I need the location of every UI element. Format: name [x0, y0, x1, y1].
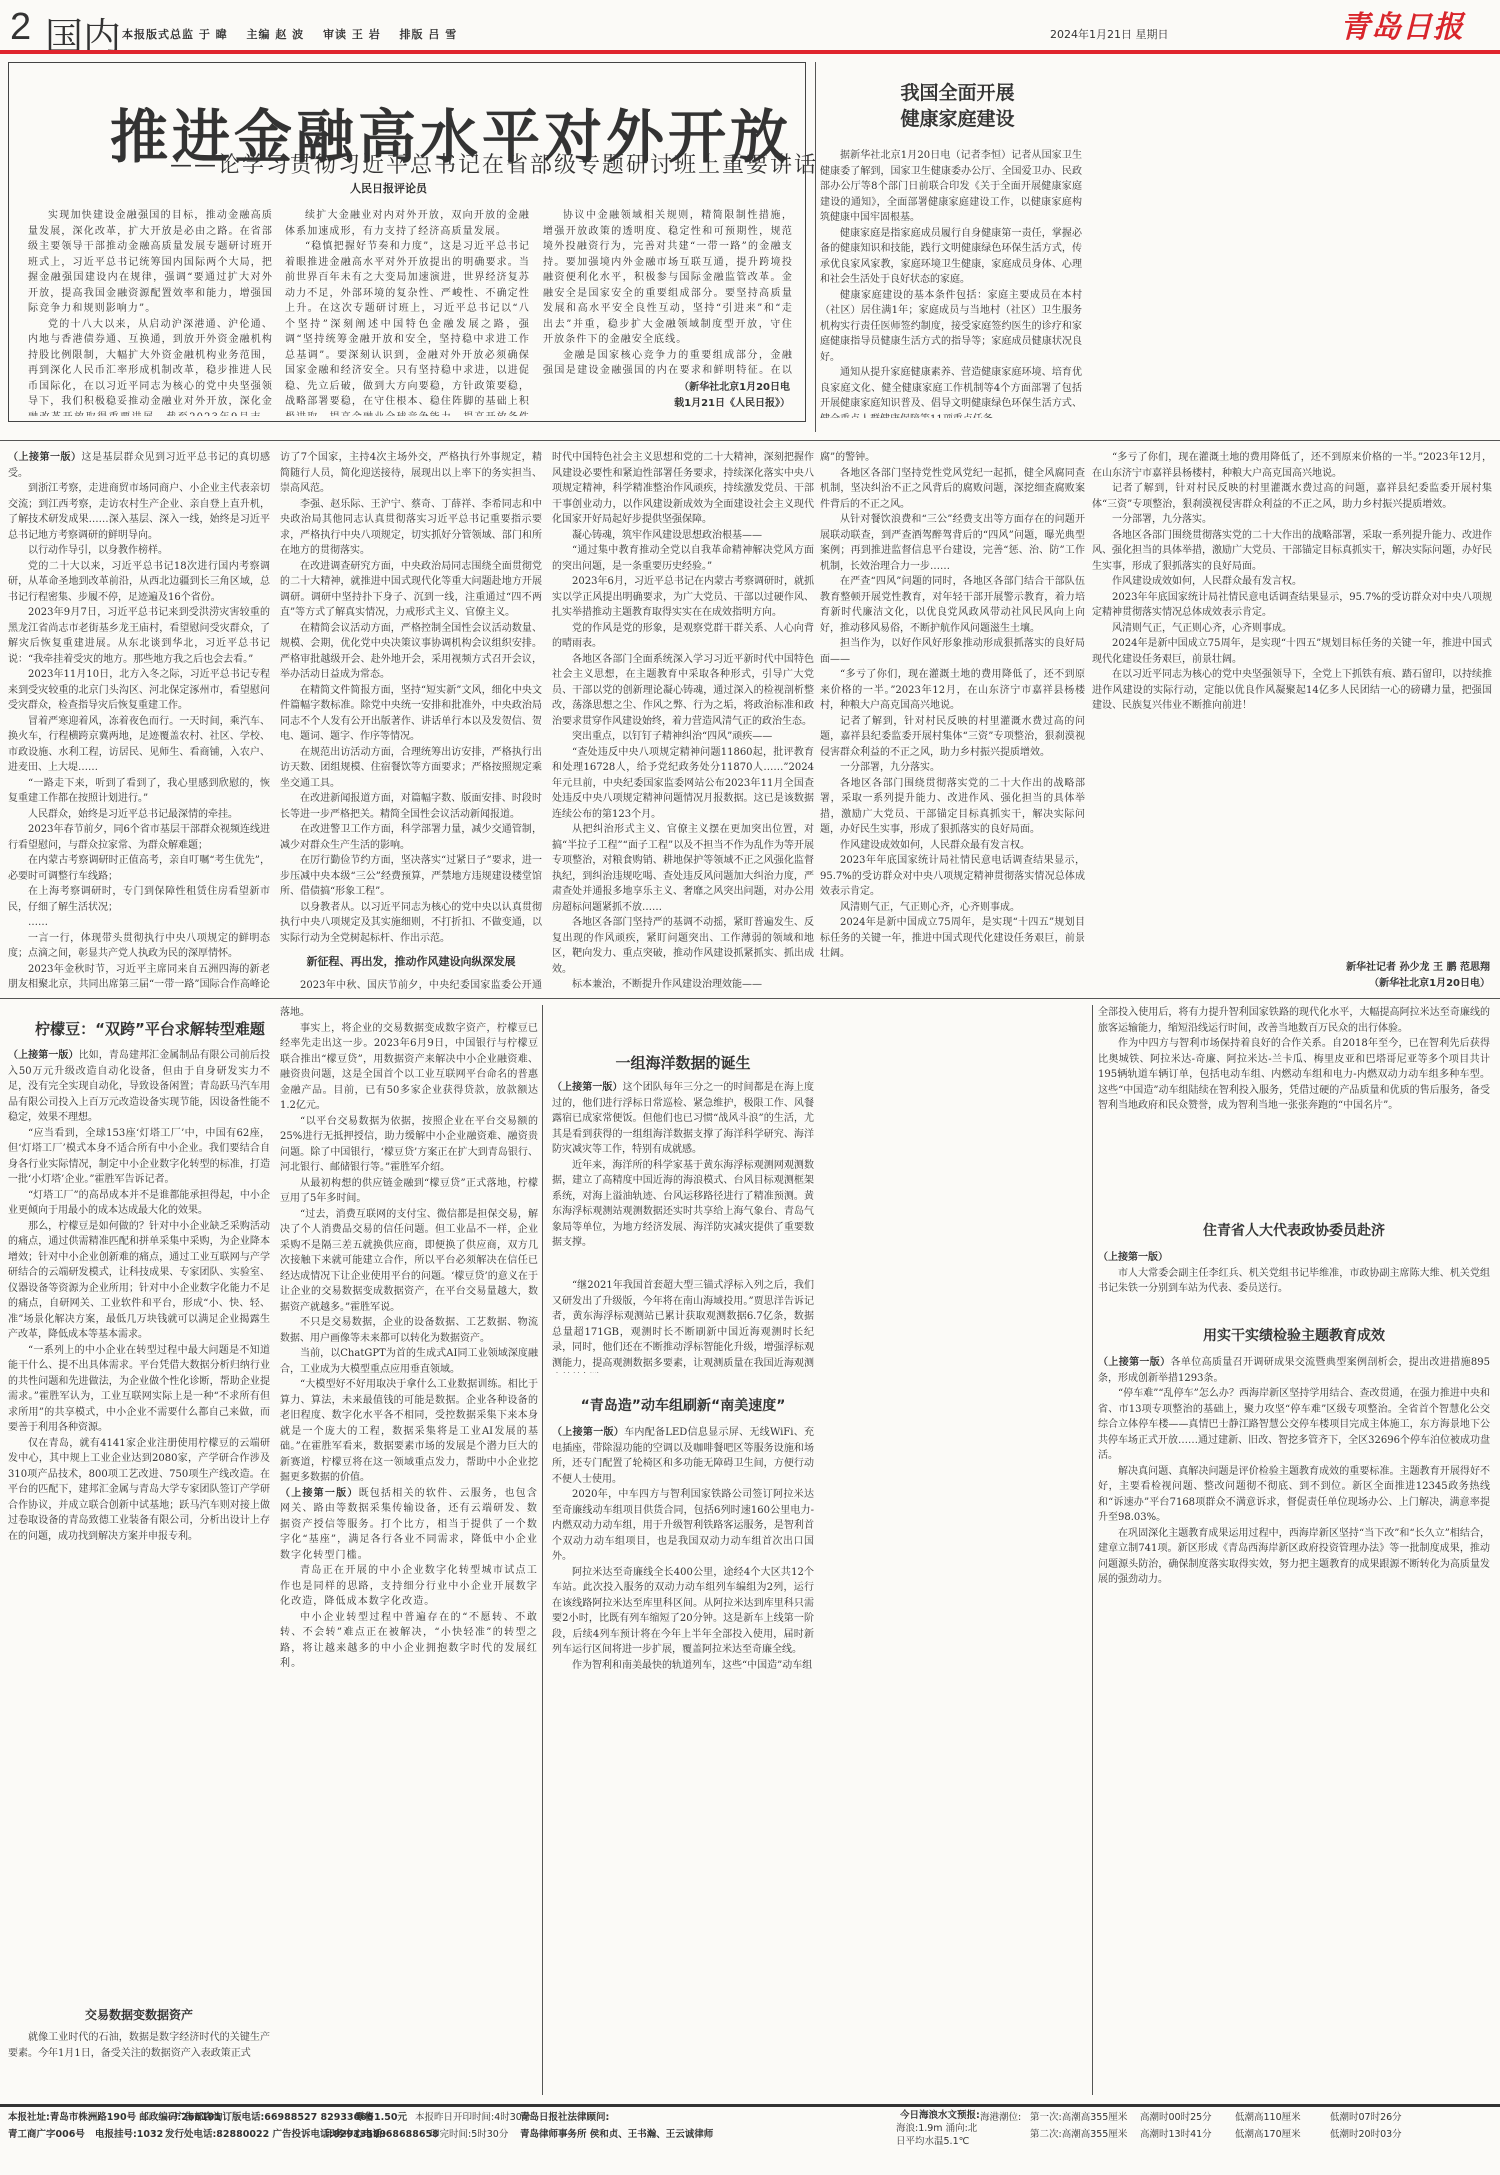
page-footer: 本报社址:青岛市株洲路190号 邮政编码:266101 广告部咨询订版电话:66…: [0, 2104, 1500, 2175]
paragraph: 实现加快建设金融强国的目标，推动金融高质量发展，深化改革，扩大开放是必由之路。在…: [28, 208, 273, 317]
paragraph: “多亏了你们，现在灌溉土地的费用降低了，还不到原来价格的一半。”2023年12月…: [1092, 450, 1492, 481]
paragraph: 在巩固深化主题教育成果运用过程中，西海岸新区坚持“当下改”和“长久立”相结合，建…: [1098, 1526, 1490, 1588]
paragraph: 到浙江考察，走进商贸市场同商户、小企业主代表亲切交流；到江西考察，走访农村生产企…: [8, 481, 270, 543]
lead-column-2: 续扩大金融业对内对外开放，双向开放的金融体系加速成形，有力支持了经济高质量发展。…: [285, 208, 530, 416]
emu-train-body: （上接第一版）车内配备LED信息显示屏、无线WiFi、充电插座，带除湿功能的空调…: [552, 1425, 814, 2095]
tide-label: 海港潮位:: [980, 2110, 1021, 2126]
paragraph: 在规范出访活动方面，合理统筹出访安排，严格执行出访天数、团组规模、住宿餐饮等方面…: [280, 745, 542, 792]
paragraph: 各地区各部门围绕贯彻落实党的二十大作出的战略部署，采取一系列提升能力、改进作风、…: [1092, 528, 1492, 575]
paragraph: 2024年是新中国成立75周年，是实现“十四五”规划目标任务的关键一年，推进中国…: [820, 915, 1085, 960]
conduct-column-1: （上接第一版）这是基层群众见到习近平总书记的真切感受。 到浙江考察，走进商贸市场…: [8, 450, 270, 992]
paragraph: 在改进调查研究方面，中央政治局同志围绕全面贯彻党的二十大精神，就推进中国式现代化…: [280, 559, 542, 621]
tide-second-low: 低潮高170厘米: [1235, 2127, 1301, 2143]
paragraph: 2023年11月10日，北方入冬之际，习近平总书记专程来到受灾较重的北京门头沟区…: [8, 667, 270, 714]
paragraph: 健康家庭建设的基本条件包括：家庭主要成员在本村（社区）居住满1年；家庭成员与当地…: [820, 288, 1082, 366]
paragraph: 事实上，将企业的交易数据变成数字资产，柠檬豆已经率先走出这一步。2023年6月9…: [280, 1021, 538, 1114]
section-divider: [0, 440, 1500, 441]
ocean-data-column-2: “继2021年我国首套超大型三锚式浮标入列之后，我们又研发出了升级版，今年将在南…: [552, 1278, 814, 1373]
paragraph: 党的作风是党的形象，是观察党群干群关系、人心向背的晴雨表。: [552, 621, 814, 652]
newspaper-logo: 青岛日报: [1340, 2, 1464, 46]
paragraph: 协议中金融领域相关规则，精简限制性措施，增强开放政策的透明度、稳定性和可预期性，…: [543, 208, 793, 348]
conduct-column-2: 访了7个国家，主持4次主场外交，严格执行外事规定，精简随行人员，简化迎送接待，展…: [280, 450, 542, 992]
paragraph: 风清则气正，气正则心齐，心齐则事成。: [1092, 621, 1492, 637]
lead-subheadline: ——论学习贯彻习近平总书记在省部级专题研讨班上重要讲话: [170, 148, 818, 179]
footer-printing-phone: 印务中心电话:68688658: [325, 2127, 439, 2143]
continued-from-label: （上接第一版）: [8, 1050, 79, 1061]
paragraph: 2024年是新中国成立75周年，是实现“十四五”规划目标任务的关键一年，推进中国…: [1092, 636, 1492, 667]
paragraph: “稳慎把握好节奏和力度”，这是习近平总书记着眼推进金融高水平对外开放提出的明确要…: [285, 239, 530, 416]
paragraph: 各地区各部门坚持严的基调不动摇，紧盯普遍发生、反复出现的作风顽疾，紧盯问题突出、…: [552, 915, 814, 977]
paragraph: 作风建设成效如何，人民群众最有发言权。: [1092, 574, 1492, 590]
footer-ad-phone: 广告部咨询订版电话:66988527 82933666: [175, 2110, 373, 2126]
paragraph: 在以习近平同志为核心的党中央坚强领导下，全党上下抓铁有痕、踏石留印，以持续推进作…: [1092, 667, 1492, 714]
paragraph: 落地。: [280, 1005, 538, 1021]
paragraph: 风清则气正，气正则心齐，心齐则事成。: [820, 900, 1085, 916]
paragraph: 续扩大金融业对内对外开放，双向开放的金融体系加速成形，有力支持了经济高质量发展。: [285, 208, 530, 239]
paragraph: 记者了解到，针对村民反映的村里灌溉水费过高的问题，嘉祥县纪委监委开展村集体“三资…: [1092, 481, 1492, 512]
paragraph: 各地区各部门全面系统深入学习习近平新时代中国特色社会主义思想，在主题教育中采取各…: [552, 652, 814, 730]
paragraph: 突出重点，以钉钉子精神纠治“四风”顽疾——: [552, 729, 814, 745]
paragraph: 2023年金秋时节，习近平主席同来自五洲四海的新老朋友相聚北京，共同出席第三届“…: [8, 962, 270, 993]
paragraph: 2020年，中车四方与智利国家铁路公司签订阿拉米达至奇廉线动车组项目供货合同，包…: [552, 1487, 814, 1565]
paragraph: 在精简文件简报方面，坚持“短实新”文风，细化中央文件篇幅字数标准。除党中央统一安…: [280, 683, 542, 745]
credit-layout: 排版 吕 雪: [400, 28, 458, 41]
lemon-bean-column-2: 落地。 事实上，将企业的交易数据变成数字资产，柠檬豆已经率先走出这一步。2023…: [280, 1005, 538, 2095]
paragraph: 在内蒙古考察调研时正值高考，亲自叮嘱“考生优先”，必要时可调整行车线路；: [8, 853, 270, 884]
footer-telegraph: 电报挂号:1032: [95, 2127, 163, 2143]
paragraph: 访了7个国家，主持4次主场外交，严格执行外事规定，精简随行人员，简化迎送接待，展…: [280, 450, 542, 497]
paragraph: 2023年春节前夕，同6个省市基层干部群众视频连线进行看望慰问，与群众拉家常、为…: [8, 822, 270, 853]
footer-print-end: 印完时间:5时30分: [430, 2127, 508, 2143]
paragraph: 人民群众，始终是习近平总书记最深情的牵挂。: [8, 807, 270, 823]
paragraph: 李强、赵乐际、王沪宁、蔡奇、丁薛祥、李希同志和中央政治局其他同志认真贯彻落实习近…: [280, 497, 542, 559]
delegates-headline: 住青省人大代表政协委员赴济: [1098, 1220, 1490, 1240]
health-family-body: 据新华社北京1月20日电（记者李恒）记者从国家卫生健康委了解到，国家卫生健康委办…: [820, 148, 1082, 418]
paragraph: “多亏了你们，现在灌溉土地的费用降低了，还不到原来价格的一半。”2023年12月…: [820, 667, 1085, 714]
paragraph: 在上海考察调研时，专门到保障性租赁住房看望新市民，仔细了解生活状况；: [8, 884, 270, 915]
column-rule: [1092, 1005, 1093, 2095]
education-headline: 用实干实绩检验主题教育成效: [1098, 1325, 1490, 1345]
paragraph: 一言一行，体现带头贯彻执行中央八项规定的鲜明态度；点滴之间，彰显共产党人执政为民…: [8, 931, 270, 962]
paragraph: ……: [8, 915, 270, 931]
health-family-headline: 我国全面开展 健康家庭建设: [835, 80, 1080, 132]
paragraph: 一分部署，九分落实。: [1092, 512, 1492, 528]
paragraph: 据新华社北京1月20日电（记者李恒）记者从国家卫生健康委了解到，国家卫生健康委办…: [820, 148, 1082, 226]
credit-director: 本报版式总监 于 暐: [122, 28, 228, 41]
masthead: 2 国内 本报版式总监 于 暐 主编 赵 波 审读 王 岩 排版 吕 雪 202…: [0, 0, 1500, 58]
lead-column-3: 协议中金融领域相关规则，精简限制性措施，增强开放政策的透明度、稳定性和可预期性，…: [543, 208, 793, 378]
conduct-signoff: 新华社记者 孙少龙 王 鹏 范思翔 （新华社北京1月20日电）: [1090, 960, 1490, 994]
continued-from-label: （上接第一版）: [1098, 1357, 1171, 1368]
conduct-column-4: 腐”的警钟。 各地区各部门坚持党性党风党纪一起抓，健全风腐同查机制，坚决纠治不正…: [820, 450, 1085, 960]
footer-price: 零售1.50元: [355, 2110, 407, 2126]
paragraph: 那么，柠檬豆是如何做的？针对中小企业缺乏采购活动的痛点，通过供需精准匹配和拼单采…: [8, 1219, 270, 1343]
paragraph: “继2021年我国首套超大型三锚式浮标入列之后，我们又研发出了升级版，今年将在南…: [552, 1278, 814, 1373]
paragraph: 不只是交易数据，企业的设备数据、工艺数据、物流数据、用户画像等未来都可以转化为数…: [280, 1315, 538, 1346]
paragraph: 就像工业时代的石油，数据是数字经济时代的关键生产要素。今年1月1日，备受关注的数…: [8, 2030, 270, 2061]
paragraph: 各地区各部门坚持党性党风党纪一起抓，健全风腐同查机制，坚决纠治不正之风背后的腐败…: [820, 466, 1085, 513]
paragraph: “灯塔工厂”的高昂成本并不是谁都能承担得起，中小企业更倾向于用最小的成本达成最大…: [8, 1188, 270, 1219]
paragraph: 党的十八大以来，从启动沪深港通、沪伦通、内地与香港债券通、互换通，到放开外资金融…: [28, 317, 273, 417]
paragraph: 2023年6月，习近平总书记在内蒙古考察调研时，就抓实以学正风提出明确要求，为广…: [552, 574, 814, 621]
sea-water-temp: 日平均水温5.1℃: [896, 2134, 969, 2150]
tide-first-high: 第一次:高潮高355厘米: [1030, 2110, 1127, 2126]
paragraph: “过去，消费互联网的支付宝、微信都是担保交易，解决了个人消费品交易的信任问题。但…: [280, 1207, 538, 1316]
paragraph: 从针对餐饮浪费和“三公”经费支出等方面存在的问题开展联动联查，到严查酒驾醉驾背后…: [820, 512, 1085, 574]
continued-from-label: （上接第一版）: [1098, 1252, 1168, 1263]
paragraph: 作为智利和南美最快的轨道列车，这些“中国造”动车组: [552, 1658, 814, 1674]
paragraph: 解决真问题、真解决问题是评价检验主题教育成效的重要标准。主题教育开展得好不好，主…: [1098, 1464, 1490, 1526]
paragraph: 从把纠治形式主义、官僚主义摆在更加突出位置，对搞“半拉子工程”“面子工程”以及不…: [552, 822, 814, 915]
issue-date: 2024年1月21日 星期日: [1050, 26, 1169, 42]
footer-legal-firm: 青岛律师事务所 侯和贞、王书瀚、王云诚律师: [520, 2127, 713, 2143]
ocean-data-headline: 一组海洋数据的诞生: [552, 1052, 814, 1073]
paragraph: 记者了解到，针对村民反映的村里灌溉水费过高的问题，嘉祥县纪委监委开展村集体“三资…: [820, 714, 1085, 761]
conduct-column-3: 时代中国特色社会主义思想和党的二十大精神，深刻把握作风建设必要性和紧迫性部署任务…: [552, 450, 814, 992]
masthead-rule: [0, 50, 1500, 54]
continued-from-label: （上接第一版）: [552, 1082, 623, 1093]
paragraph: 作风建设成效如何，人民群众最有发言权。: [820, 838, 1085, 854]
paragraph: “通过集中教育推动全党以自我革命精神解决党风方面的突出问题，是一条重要历史经验。…: [552, 543, 814, 574]
paragraph: 时代中国特色社会主义思想和党的二十大精神，深刻把握作风建设必要性和紧迫性部署任务…: [552, 450, 814, 528]
paragraph: 健康家庭是指家庭成员履行自身健康第一责任，掌握必备的健康知识和技能，践行文明健康…: [820, 226, 1082, 288]
data-asset-subheadline: 交易数据变数据资产: [8, 2006, 270, 2023]
paragraph: “以平台交易数据为依据，按照企业在平台交易额的25%进行无抵押授信，助力缓解中小…: [280, 1114, 538, 1176]
ocean-data-column-1: （上接第一版）这个团队每年三分之一的时间都是在海上度过的，他们进行浮标日常巡检、…: [552, 1080, 814, 1275]
lead-signoff: （新华社北京1月20日电 载1月21日《人民日报》）: [600, 380, 790, 416]
paragraph: “大模型好不好用取决于拿什么工业数据训练。相比于算力、算法，未来最值钱的可能是数…: [280, 1377, 538, 1486]
section-divider: [0, 998, 1500, 999]
paragraph: 凝心铸魂，筑牢作风建设思想政治根基——: [552, 528, 814, 544]
paragraph: 作为中四方与智利市场保持着良好的合作关系。自2018年至今，已在智利先后获得比奥…: [1098, 1036, 1490, 1114]
paragraph: 中小企业转型过程中普遍存在的“不愿转、不敢转、不会转”难点正在被解决，“小快轻准…: [280, 1610, 538, 1672]
conduct-subheadline: 新征程、再出发，推动作风建设向纵深发展: [280, 954, 542, 970]
paragraph: 阿拉米达至奇廉线全长400公里，途经4个大区共12个车站。此次投入服务的双动力动…: [552, 1565, 814, 1658]
footer-print-start: 本报昨日开印时间:4时30分: [415, 2110, 531, 2126]
emu-train-headline: “青岛造”动车组刷新“南美速度”: [552, 1395, 814, 1415]
paragraph: 在改进新闻报道方面，对篇幅字数、版面安排、时段时长等进一步严格把关。精简全国性会…: [280, 791, 542, 822]
paragraph: 党的二十大以来，习近平总书记18次进行国内考察调研，从革命圣地到改革前沿，从西北…: [8, 559, 270, 606]
paragraph: “一路走下来，听到了看到了，我心里感到欣慰的，恢复重建工作都在按照计划进行。”: [8, 776, 270, 807]
paragraph: 金融是国家核心竞争力的重要组成部分，金融强国是建设金融强国的内在要求和鲜明特征。…: [543, 348, 793, 379]
paragraph: 2023年年底国家统计局社情民意电话调查结果显示，95.7%的受访群众对中央八项…: [1092, 590, 1492, 621]
paragraph: 各地区各部门围绕贯彻落实党的二十大作出的战略部署，采取一系列提升能力、改进作风、…: [820, 776, 1085, 838]
paragraph: 通知从提升家庭健康素养、营造健康家庭环境、培育优良家庭文化、健全健康家庭工作机制…: [820, 365, 1082, 418]
paragraph: 从最初构想的供应链金融到“檬豆贷”正式落地，柠檬豆用了5年多时间。: [280, 1176, 538, 1207]
paragraph: “一系列上的中小企业在转型过程中最大问题是不知道能干什么、提不出具体需求。平台凭…: [8, 1343, 270, 1436]
education-body: （上接第一版）各单位高质量召开调研成果交流暨典型案例剖析会，提出改进措施895条…: [1098, 1355, 1490, 2095]
tide-second-low-time: 低潮时20时03分: [1330, 2127, 1402, 2143]
paragraph: 在严查“四风”问题的同时，各地区各部门结合干部队伍教育整顿开展党性教育，对年轻干…: [820, 574, 1085, 636]
tide-second-high: 第二次:高潮高355厘米: [1030, 2127, 1127, 2143]
delegates-body: （上接第一版） 市人大常委会副主任李红兵、机关党组书记毕维准，市政协副主席陈大维…: [1098, 1250, 1490, 1310]
emu-train-continued: 全部投入使用后，将有力提升智利国家铁路的现代化水平，大幅提高阿拉米达至奇廉线的旅…: [1098, 1005, 1490, 1205]
paragraph: 冒着严寒迎着风，冻着夜色而行。一天时间，乘汽车、换火车，行程横跨京冀两地，足迹覆…: [8, 714, 270, 776]
lemon-bean-column-1-tail: 就像工业时代的石油，数据是数字经济时代的关键生产要素。今年1月1日，备受关注的数…: [8, 2030, 270, 2100]
footer-license: 青工商广字006号: [8, 2127, 85, 2143]
paragraph: “应当看到，全球153座‘灯塔工厂’中，中国有62座，但‘灯塔工厂’模式本身不适…: [8, 1126, 270, 1188]
paragraph: 标本兼治，不断提升作风建设治理效能——: [552, 977, 814, 992]
paragraph: 青岛正在开展的中小企业数字化转型城市试点工作也是同样的思路，支持细分行业中小企业…: [280, 1563, 538, 1610]
continued-from-label: （上接第一版）: [280, 1488, 359, 1499]
lead-column-1: 实现加快建设金融强国的目标，推动金融高质量发展，深化改革，扩大开放是必由之路。在…: [28, 208, 273, 416]
tide-first-high-time: 高潮时00时25分: [1140, 2110, 1212, 2126]
lemon-bean-headline: 柠檬豆：“双跨”平台求解转型难题: [20, 1018, 280, 1039]
page-number: 2: [10, 6, 33, 49]
paragraph: 担当作为，以好作风好形象推动形成狠抓落实的良好局面——: [820, 636, 1085, 667]
paragraph: 全部投入使用后，将有力提升智利国家铁路的现代化水平，大幅提高阿拉米达至奇廉线的旅…: [1098, 1005, 1490, 1036]
paragraph: 当前，以ChatGPT为首的生成式AI同工业领域深度融合，工业成为大模型重点应用…: [280, 1346, 538, 1377]
paragraph: 在精简会议活动方面，严格控制全国性会议活动数量、规模、会期，优化党中央决策议事协…: [280, 621, 542, 683]
paragraph: 2023年9月7日，习近平总书记来到受洪涝灾害较重的黑龙江省尚志市老街基乡龙王庙…: [8, 605, 270, 667]
paragraph: 以行动作导引，以身教作榜样。: [8, 543, 270, 559]
tide-first-low-time: 低潮时07时26分: [1330, 2110, 1402, 2126]
credit-editor: 主编 赵 波: [247, 28, 305, 41]
lemon-bean-column-1: （上接第一版）比如，青岛建邦汇金属制品有限公司前后投入50万元升级改造自动化设备…: [8, 1048, 270, 1908]
paragraph: 2023年年底国家统计局社情民意电话调查结果显示，95.7%的受访群众对中央八项…: [820, 853, 1085, 900]
editorial-credits: 本报版式总监 于 暐 主编 赵 波 审读 王 岩 排版 吕 雪: [122, 26, 471, 42]
paragraph: 市人大常委会副主任李红兵、机关党组书记毕维准，市政协副主席陈大维、机关党组书记朱…: [1098, 1266, 1490, 1297]
conduct-column-5: “多亏了你们，现在灌溉土地的费用降低了，还不到原来价格的一半。”2023年12月…: [1092, 450, 1492, 955]
column-rule: [542, 1005, 543, 2095]
continued-from-label: （上接第一版）: [552, 1427, 624, 1438]
paragraph: 2023年中秋、国庆节前夕，中央纪委国家监委公开通报了7起违反中央八项规定精神典…: [280, 978, 542, 993]
paragraph: 腐”的警钟。: [820, 450, 1085, 466]
paragraph: 在改进警卫工作方面，科学部署力量，减少交通管制，减少对群众生产生活的影响。: [280, 822, 542, 853]
credit-proofreader: 审读 王 岩: [323, 28, 381, 41]
paragraph: “停车难”“乱停车”怎么办？西海岸新区坚持学用结合、查改贯通，在强力推进中央和省…: [1098, 1386, 1490, 1464]
tide-first-low: 低潮高110厘米: [1235, 2110, 1301, 2126]
tide-second-high-time: 高潮时13时41分: [1140, 2127, 1212, 2143]
continued-from-label: （上接第一版）: [8, 452, 82, 463]
footer-legal-label: 青岛日报社法律顾问:: [520, 2110, 609, 2126]
column-rule: [815, 62, 816, 432]
paragraph: 仅在青岛，就有4141家企业注册使用柠檬豆的云端研发中心，其中规上工业企业达到2…: [8, 1436, 270, 1545]
paragraph: 一分部署，九分落实。: [820, 760, 1085, 776]
paragraph: 近年来，海洋所的科学家基于黄东海浮标观测网观测数据，建立了高精度中国近海的海浪模…: [552, 1158, 814, 1251]
paragraph: 以身教者从。以习近平同志为核心的党中央以认真贯彻执行中央八项规定及其实施细则，不…: [280, 900, 542, 947]
paragraph: “查处违反中央八项规定精神问题11860起，批评教育和处理16728人，给予党纪…: [552, 745, 814, 823]
lead-byline: 人民日报评论员: [350, 180, 427, 196]
paragraph: 在厉行勤俭节约方面，坚决落实“过紧日子”要求，进一步压减中央本级“三公”经费预算…: [280, 853, 542, 900]
